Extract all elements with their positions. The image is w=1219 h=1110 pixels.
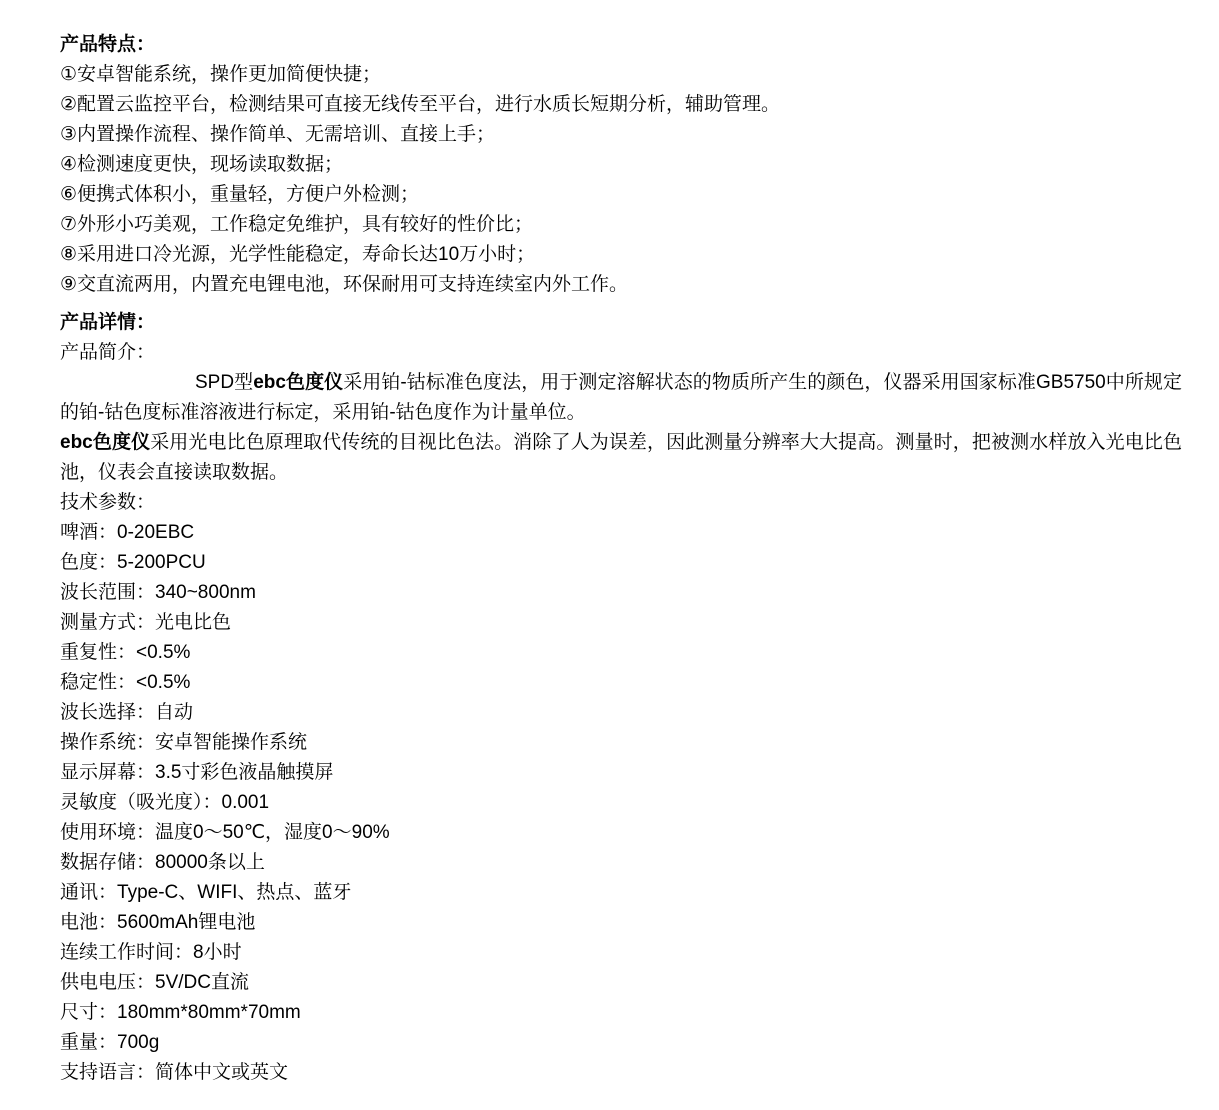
- feature-item-1: ①安卓智能系统，操作更加简便快捷；: [60, 60, 1182, 90]
- spec-row-language: 支持语言：简体中文或英文: [60, 1058, 1182, 1088]
- spec-label: 供电电压：: [60, 972, 155, 993]
- intro-paragraph-2-body: 采用光电比色原理取代传统的目视比色法。消除了人为误差，因此测量分辨率大大提高。测…: [60, 432, 1182, 483]
- spec-row-measure-method: 测量方式：光电比色: [60, 608, 1182, 638]
- spec-row-weight: 重量：700g: [60, 1028, 1182, 1058]
- features-heading: 产品特点：: [60, 30, 1182, 60]
- feature-item-6: ⑥便携式体积小，重量轻，方便户外检测；: [60, 180, 1182, 210]
- intro-paragraph-2: ebc色度仪采用光电比色原理取代传统的目视比色法。消除了人为误差，因此测量分辨率…: [60, 428, 1182, 488]
- specs-heading: 技术参数：: [60, 488, 1182, 518]
- spec-value: <0.5%: [136, 672, 190, 693]
- spec-row-sensitivity: 灵敏度（吸光度）：0.001: [60, 788, 1182, 818]
- spec-value: 温度0～50℃，湿度0～90%: [155, 822, 390, 843]
- spec-value: 3.5寸彩色液晶触摸屏: [155, 762, 333, 783]
- spec-value: 光电比色: [155, 612, 231, 633]
- spec-value: 0.001: [222, 792, 270, 813]
- intro-paragraph-1-prefix: SPD型: [195, 372, 253, 393]
- spec-value: 0-20EBC: [117, 522, 194, 543]
- spec-label: 测量方式：: [60, 612, 155, 633]
- spec-label: 波长范围：: [60, 582, 155, 603]
- spec-label: 尺寸：: [60, 1002, 117, 1023]
- details-section: 产品详情： 产品简介： SPD型ebc色度仪采用铂-钴标准色度法，用于测定溶解状…: [60, 308, 1182, 1088]
- spec-label: 色度：: [60, 552, 117, 573]
- feature-item-8: ⑧采用进口冷光源，光学性能稳定，寿命长达10万小时；: [60, 240, 1182, 270]
- spec-value: Type-C、WIFI、热点、蓝牙: [117, 882, 351, 903]
- spec-value: 340~800nm: [155, 582, 256, 603]
- spec-row-battery: 电池：5600mAh锂电池: [60, 908, 1182, 938]
- spec-row-beer: 啤酒：0-20EBC: [60, 518, 1182, 548]
- spec-label: 啤酒：: [60, 522, 117, 543]
- intro-paragraph-1-product-name: ebc色度仪: [253, 372, 343, 393]
- spec-value: 5600mAh锂电池: [117, 912, 255, 933]
- spec-label: 波长选择：: [60, 702, 155, 723]
- spec-value: 700g: [117, 1032, 159, 1053]
- spec-label: 重复性：: [60, 642, 136, 663]
- spec-value: 5V/DC直流: [155, 972, 249, 993]
- spec-row-environment: 使用环境：温度0～50℃，湿度0～90%: [60, 818, 1182, 848]
- spec-value: 8小时: [193, 942, 242, 963]
- spec-value: <0.5%: [136, 642, 190, 663]
- spec-row-storage: 数据存储：80000条以上: [60, 848, 1182, 878]
- feature-item-7: ⑦外形小巧美观，工作稳定免维护，具有较好的性价比；: [60, 210, 1182, 240]
- product-description-page: 产品特点： ①安卓智能系统，操作更加简便快捷； ②配置云监控平台，检测结果可直接…: [0, 0, 1219, 1110]
- spec-value: 安卓智能操作系统: [155, 732, 307, 753]
- intro-paragraph-1: SPD型ebc色度仪采用铂-钴标准色度法，用于测定溶解状态的物质所产生的颜色，仪…: [60, 368, 1182, 428]
- spec-label: 使用环境：: [60, 822, 155, 843]
- spec-label: 连续工作时间：: [60, 942, 193, 963]
- spec-row-communication: 通讯：Type-C、WIFI、热点、蓝牙: [60, 878, 1182, 908]
- spec-label: 灵敏度（吸光度）：: [60, 792, 222, 813]
- spec-value: 简体中文或英文: [155, 1062, 288, 1083]
- details-heading: 产品详情：: [60, 308, 1182, 338]
- spec-value: 80000条以上: [155, 852, 265, 873]
- spec-value: 5-200PCU: [117, 552, 206, 573]
- feature-item-2: ②配置云监控平台，检测结果可直接无线传至平台，进行水质长短期分析，辅助管理。: [60, 90, 1182, 120]
- spec-label: 通讯：: [60, 882, 117, 903]
- spec-row-wavelength-select: 波长选择：自动: [60, 698, 1182, 728]
- spec-row-os: 操作系统：安卓智能操作系统: [60, 728, 1182, 758]
- spec-row-size: 尺寸：180mm*80mm*70mm: [60, 998, 1182, 1028]
- spec-value: 180mm*80mm*70mm: [117, 1002, 301, 1023]
- spec-label: 操作系统：: [60, 732, 155, 753]
- feature-item-4: ④检测速度更快，现场读取数据；: [60, 150, 1182, 180]
- spec-row-wavelength-range: 波长范围：340~800nm: [60, 578, 1182, 608]
- intro-paragraph-2-product-name: ebc色度仪: [60, 432, 150, 453]
- intro-label: 产品简介：: [60, 338, 1182, 368]
- spec-label: 电池：: [60, 912, 117, 933]
- spec-label: 稳定性：: [60, 672, 136, 693]
- spec-row-display: 显示屏幕：3.5寸彩色液晶触摸屏: [60, 758, 1182, 788]
- spec-label: 显示屏幕：: [60, 762, 155, 783]
- spec-label: 重量：: [60, 1032, 117, 1053]
- feature-item-9: ⑨交直流两用，内置充电锂电池，环保耐用可支持连续室内外工作。: [60, 270, 1182, 300]
- spec-row-work-time: 连续工作时间：8小时: [60, 938, 1182, 968]
- features-section: 产品特点： ①安卓智能系统，操作更加简便快捷； ②配置云监控平台，检测结果可直接…: [60, 30, 1182, 300]
- feature-item-3: ③内置操作流程、操作简单、无需培训、直接上手；: [60, 120, 1182, 150]
- spec-row-stability: 稳定性：<0.5%: [60, 668, 1182, 698]
- spec-row-color: 色度：5-200PCU: [60, 548, 1182, 578]
- spec-label: 支持语言：: [60, 1062, 155, 1083]
- page-content: 产品特点： ①安卓智能系统，操作更加简便快捷； ②配置云监控平台，检测结果可直接…: [60, 30, 1182, 1088]
- spec-value: 自动: [155, 702, 193, 723]
- spec-row-power: 供电电压：5V/DC直流: [60, 968, 1182, 998]
- spec-row-repeatability: 重复性：<0.5%: [60, 638, 1182, 668]
- spec-label: 数据存储：: [60, 852, 155, 873]
